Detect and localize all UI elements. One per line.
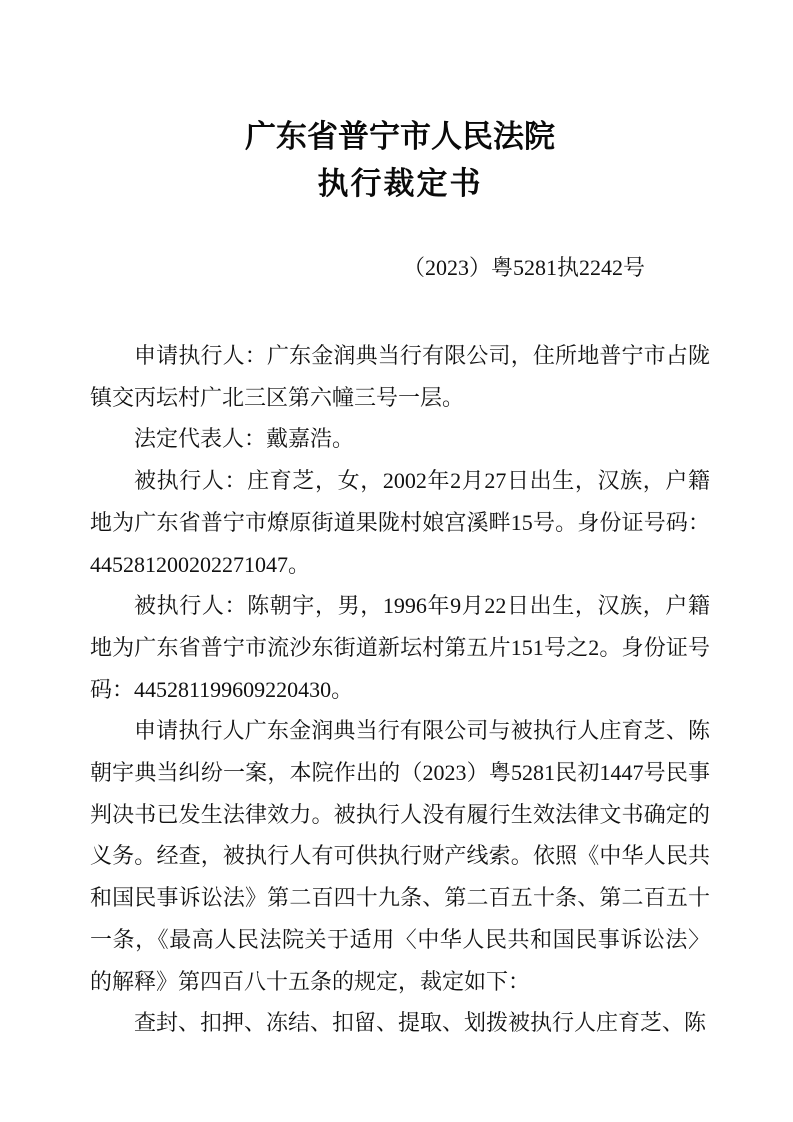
document-header: 广东省普宁市人民法院 执行裁定书 bbox=[90, 120, 710, 201]
body-paragraph: 查封、扣押、冻结、扣留、提取、划拨被执行人庄育芝、陈 bbox=[90, 1002, 710, 1044]
document-page: 广东省普宁市人民法院 执行裁定书 （2023）粤5281执2242号 申请执行人… bbox=[0, 0, 793, 1122]
body-paragraph: 申请执行人：广东金润典当行有限公司，住所地普宁市占陇镇交丙坛村广北三区第六幢三号… bbox=[90, 335, 710, 418]
body-paragraph: 被执行人：庄育芝，女，2002年2月27日出生，汉族，户籍地为广东省普宁市燎原街… bbox=[90, 460, 710, 585]
document-body: 申请执行人：广东金润典当行有限公司，住所地普宁市占陇镇交丙坛村广北三区第六幢三号… bbox=[90, 335, 710, 1044]
document-content: 广东省普宁市人民法院 执行裁定书 （2023）粤5281执2242号 申请执行人… bbox=[90, 120, 710, 1044]
body-paragraph: 法定代表人：戴嘉浩。 bbox=[90, 418, 710, 460]
document-type-title: 执行裁定书 bbox=[90, 167, 710, 201]
court-name-title: 广东省普宁市人民法院 bbox=[90, 120, 710, 154]
body-paragraph: 申请执行人广东金润典当行有限公司与被执行人庄育芝、陈朝宇典当纠纷一案，本院作出的… bbox=[90, 710, 710, 1002]
body-paragraph: 被执行人：陈朝宇，男，1996年9月22日出生，汉族，户籍地为广东省普宁市流沙东… bbox=[90, 585, 710, 710]
case-number: （2023）粤5281执2242号 bbox=[90, 255, 710, 281]
